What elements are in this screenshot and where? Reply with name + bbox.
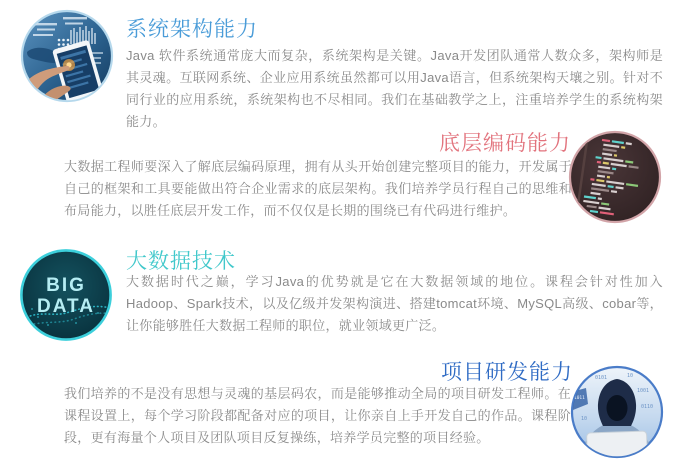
section-body-system-architecture: Java 软件系统通常庞大而复杂，系统架构是关键。Java开发团队通常人数众多，… xyxy=(126,45,663,133)
code-editor-image xyxy=(567,129,663,225)
tablet-touch-image xyxy=(19,8,115,104)
svg-text:10: 10 xyxy=(581,416,587,422)
tablet-touch-photo-icon xyxy=(19,8,115,104)
course-capabilities-page: 系统架构能力 Java 软件系统通常庞大而复杂，系统架构是关键。Java开发团队… xyxy=(0,0,680,466)
page: { "page": { "background": "#ffffff", "bo… xyxy=(0,0,680,466)
code-editor-photo-icon xyxy=(567,129,663,225)
big-data-badge-icon: BIG DATA xyxy=(18,247,114,343)
section-body-project-rd: 我们培养的不是没有思想与灵魂的基层码农，而是能够推动全局的项目研发工程师。在课程… xyxy=(64,383,571,449)
big-data-text-line2: DATA xyxy=(37,296,95,317)
section-body-low-level-coding: 大数据工程师要深入了解底层编码原理，拥有从头开始创建完整项目的能力，开发属于自己… xyxy=(64,156,572,222)
section-body-big-data: 大数据时代之巅，学习Java的优势就是它在大数据领域的地位。课程会针对性加入Ha… xyxy=(126,271,663,337)
hacker-face-shadow xyxy=(607,395,628,421)
section-title-system-architecture: 系统架构能力 xyxy=(126,17,258,43)
svg-text:0101: 0101 xyxy=(595,375,607,381)
svg-text:1001: 1001 xyxy=(637,388,649,394)
svg-text:0110: 0110 xyxy=(641,404,653,410)
hacker-photo-icon: 1011 0101 10 1001 0110 10 xyxy=(569,364,665,460)
laptop-shape xyxy=(587,431,648,460)
hacker-image: 1011 0101 10 1001 0110 10 xyxy=(569,364,665,460)
big-data-text-line1: BIG xyxy=(46,275,86,296)
big-data-badge-image: BIG DATA xyxy=(18,247,114,343)
svg-text:10: 10 xyxy=(627,373,633,379)
section-title-low-level-coding: 底层编码能力 xyxy=(439,131,571,157)
